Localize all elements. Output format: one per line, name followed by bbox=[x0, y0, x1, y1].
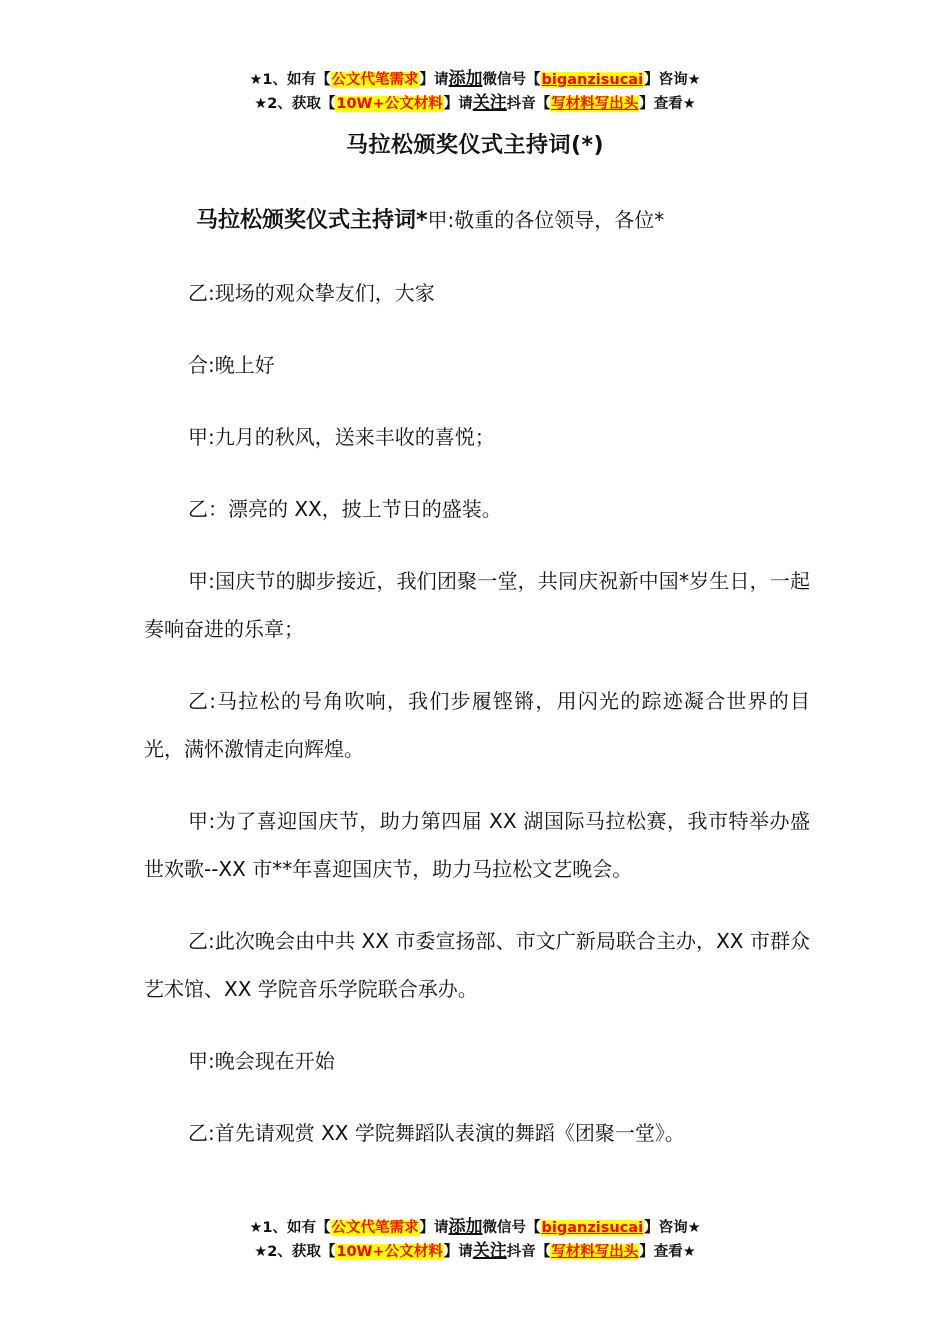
paragraph: 甲:晚会现在开始 bbox=[144, 1037, 810, 1085]
ad-text: ★2、获取【 bbox=[254, 96, 335, 112]
ad-text: ★2、获取【 bbox=[254, 1244, 335, 1260]
ad-highlight-service: 公文代笔需求 bbox=[331, 1220, 420, 1236]
ad-text: 抖音【 bbox=[507, 96, 551, 112]
ad-text: 】请 bbox=[420, 72, 449, 88]
lead-heading: 马拉松颁奖仪式主持词* bbox=[196, 208, 428, 233]
ad-text: 】咨询★ bbox=[644, 1220, 701, 1236]
ad-highlight-wechat-id: biganzisucai bbox=[541, 1220, 645, 1236]
ad-highlight-douyin-account: 写材料写出头 bbox=[550, 1244, 639, 1260]
ad-highlight-materials: 10W+公文材料 bbox=[335, 96, 443, 112]
paragraph: 甲:国庆节的脚步接近，我们团聚一堂，共同庆祝新中国*岁生日，一起奏响奋进的乐章； bbox=[144, 557, 810, 653]
ad-text: ★1、如有【 bbox=[249, 72, 330, 88]
header-ad-line-1: ★1、如有【公文代笔需求】请添加微信号【biganzisucai】咨询★ bbox=[0, 68, 950, 92]
paragraph: 甲:为了喜迎国庆节，助力第四届 XX 湖国际马拉松赛，我市特举办盛世欢歌--XX… bbox=[144, 797, 810, 893]
ad-highlight-materials: 10W+公文材料 bbox=[335, 1244, 443, 1260]
ad-text: 】请 bbox=[444, 96, 473, 112]
header-ad-banner: ★1、如有【公文代笔需求】请添加微信号【biganzisucai】咨询★ ★2、… bbox=[0, 68, 950, 116]
ad-text: 】请 bbox=[444, 1244, 473, 1260]
lead-text: 甲:敬重的各位领导，各位* bbox=[428, 208, 665, 232]
document-body: 马拉松颁奖仪式主持词*甲:敬重的各位领导，各位* 乙:现场的观众挚友们，大家 合… bbox=[144, 196, 810, 1181]
ad-text: 】查看★ bbox=[639, 1244, 696, 1260]
ad-highlight-wechat-id: biganzisucai bbox=[541, 72, 645, 88]
document-title: 马拉松颁奖仪式主持词(*) bbox=[0, 128, 950, 159]
ad-text: 】查看★ bbox=[639, 96, 696, 112]
ad-text: 】请 bbox=[420, 1220, 449, 1236]
lead-paragraph: 马拉松颁奖仪式主持词*甲:敬重的各位领导，各位* bbox=[144, 196, 810, 245]
ad-text: 微信号【 bbox=[483, 1220, 541, 1236]
header-ad-line-2: ★2、获取【10W+公文材料】请关注抖音【写材料写出头】查看★ bbox=[0, 92, 950, 116]
footer-ad-banner: ★1、如有【公文代笔需求】请添加微信号【biganzisucai】咨询★ ★2、… bbox=[0, 1216, 950, 1264]
paragraph: 合:晚上好 bbox=[144, 341, 810, 389]
ad-highlight-service: 公文代笔需求 bbox=[331, 72, 420, 88]
paragraph: 乙:马拉松的号角吹响，我们步履铿锵，用闪光的踪迹凝合世界的目光，满怀激情走向辉煌… bbox=[144, 677, 810, 773]
ad-text: 】咨询★ bbox=[644, 72, 701, 88]
ad-emphasis: 添加 bbox=[449, 1217, 483, 1237]
ad-text: 微信号【 bbox=[483, 72, 541, 88]
paragraph: 乙:现场的观众挚友们，大家 bbox=[144, 269, 810, 317]
paragraph: 甲:九月的秋风，送来丰收的喜悦； bbox=[144, 413, 810, 461]
paragraph: 乙:首先请观赏 XX 学院舞蹈队表演的舞蹈《团聚一堂》。 bbox=[144, 1109, 810, 1157]
ad-emphasis: 添加 bbox=[449, 69, 483, 89]
ad-emphasis: 关注 bbox=[473, 93, 507, 113]
paragraph: 乙：漂亮的 XX，披上节日的盛装。 bbox=[144, 485, 810, 533]
footer-ad-line-2: ★2、获取【10W+公文材料】请关注抖音【写材料写出头】查看★ bbox=[0, 1240, 950, 1264]
paragraph: 乙:此次晚会由中共 XX 市委宣扬部、市文广新局联合主办，XX 市群众艺术馆、X… bbox=[144, 917, 810, 1013]
footer-ad-line-1: ★1、如有【公文代笔需求】请添加微信号【biganzisucai】咨询★ bbox=[0, 1216, 950, 1240]
ad-highlight-douyin-account: 写材料写出头 bbox=[550, 96, 639, 112]
ad-text: ★1、如有【 bbox=[249, 1220, 330, 1236]
ad-emphasis: 关注 bbox=[473, 1241, 507, 1261]
ad-text: 抖音【 bbox=[507, 1244, 551, 1260]
